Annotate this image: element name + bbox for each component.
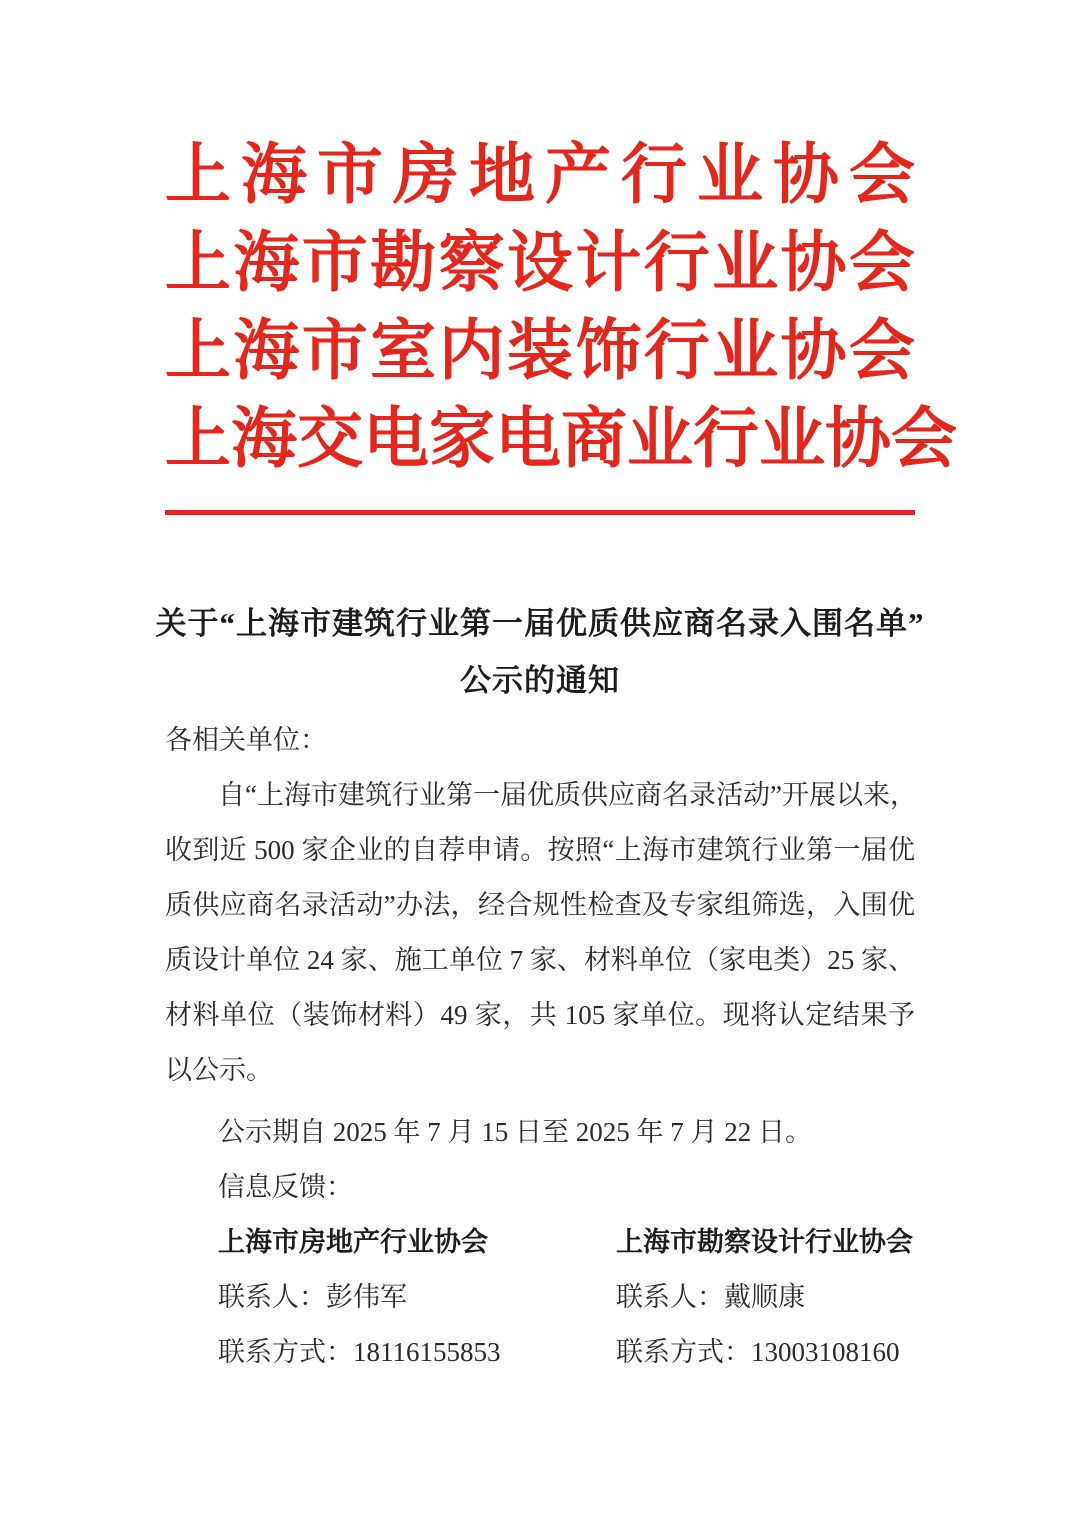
salutation: 各相关单位： bbox=[165, 713, 915, 768]
contact-person-left-label: 联系人： bbox=[218, 1282, 326, 1312]
contact-person-left: 联系人：彭伟军 bbox=[218, 1270, 616, 1325]
feedback-label: 信息反馈： bbox=[165, 1160, 915, 1215]
paragraph-line-2: 收到近 500 家企业的自荐申请。按照“上海市建筑行业第一届优 bbox=[165, 823, 915, 878]
publicity-period-line: 公示期自 2025 年 7 月 15 日至 2025 年 7 月 22 日。 bbox=[165, 1105, 915, 1160]
contact-block: 上海市房地产行业协会 上海市勘察设计行业协会 联系人：彭伟军 联系人：戴顺康 联… bbox=[165, 1215, 915, 1380]
letterhead-org-line-3: 上海市室内装饰行业协会 bbox=[165, 308, 915, 396]
notice-body: 各相关单位： 自“上海市建筑行业第一届优质供应商名录活动”开展以来， 收到近 5… bbox=[165, 713, 915, 1380]
notice-title: 关于“上海市建筑行业第一届优质供应商名录入围名单” 公示的通知 bbox=[0, 595, 1080, 709]
letterhead-org-line-4: 上海交电家电商业行业协会 bbox=[165, 396, 915, 484]
contact-phone-row: 联系方式：18116155853 联系方式：13003108160 bbox=[218, 1325, 915, 1380]
contact-phone-left: 联系方式：18116155853 bbox=[218, 1325, 616, 1380]
contact-org-row: 上海市房地产行业协会 上海市勘察设计行业协会 bbox=[218, 1215, 915, 1270]
paragraph-line-3: 质供应商名录活动”办法，经合规性检查及专家组筛选，入围优 bbox=[165, 878, 915, 933]
paragraph-line-4: 质设计单位 24 家、施工单位 7 家、材料单位（家电类）25 家、 bbox=[165, 933, 915, 988]
red-divider bbox=[165, 510, 915, 515]
contact-person-left-name: 彭伟军 bbox=[326, 1282, 407, 1312]
contact-phone-right-label: 联系方式： bbox=[616, 1337, 751, 1367]
contact-person-right-label: 联系人： bbox=[616, 1282, 724, 1312]
notice-document: 上海市房地产行业协会 上海市勘察设计行业协会 上海市室内装饰行业协会 上海交电家… bbox=[0, 0, 1080, 1527]
notice-title-line-1: 关于“上海市建筑行业第一届优质供应商名录入围名单” bbox=[0, 595, 1080, 652]
contact-phone-right-number: 13003108160 bbox=[751, 1337, 900, 1367]
contact-org-right: 上海市勘察设计行业协会 bbox=[616, 1215, 915, 1270]
paragraph-line-6: 以公示。 bbox=[165, 1043, 915, 1098]
contact-phone-left-number: 18116155853 bbox=[353, 1337, 501, 1367]
contact-phone-left-label: 联系方式： bbox=[218, 1337, 353, 1367]
paragraph-line-1: 自“上海市建筑行业第一届优质供应商名录活动”开展以来， bbox=[165, 768, 915, 823]
contact-person-right-name: 戴顺康 bbox=[724, 1282, 805, 1312]
notice-title-line-2: 公示的通知 bbox=[0, 652, 1080, 709]
contact-org-left: 上海市房地产行业协会 bbox=[218, 1215, 616, 1270]
letterhead-org-line-1: 上海市房地产行业协会 bbox=[165, 132, 915, 220]
contact-person-row: 联系人：彭伟军 联系人：戴顺康 bbox=[218, 1270, 915, 1325]
letterhead-org-line-2: 上海市勘察设计行业协会 bbox=[165, 220, 915, 308]
letterhead: 上海市房地产行业协会 上海市勘察设计行业协会 上海市室内装饰行业协会 上海交电家… bbox=[0, 0, 1080, 484]
paragraph-line-5: 材料单位（装饰材料）49 家，共 105 家单位。现将认定结果予 bbox=[165, 988, 915, 1043]
contact-person-right: 联系人：戴顺康 bbox=[616, 1270, 915, 1325]
contact-phone-right: 联系方式：13003108160 bbox=[616, 1325, 915, 1380]
